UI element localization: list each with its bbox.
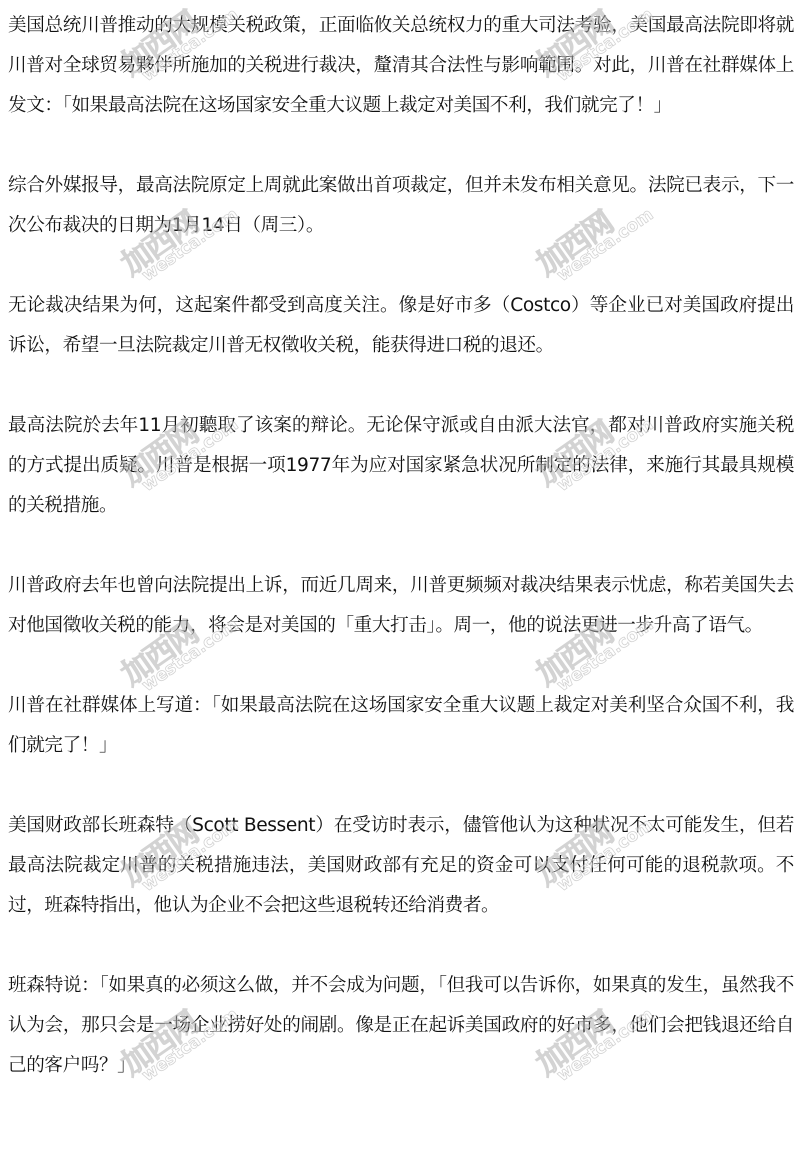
paragraph-bessent-quote: 班森特说：「如果真的必须这么做，并不会成为问题，「但我可以告诉你，如果真的发生，… <box>8 966 794 1086</box>
paragraph-costco-lawsuit: 无论裁决结果为何，这起案件都受到高度关注。像是好市多（Costco）等企业已对美… <box>8 286 794 366</box>
paragraph-ruling-date: 综合外媒报导，最高法院原定上周就此案做出首项裁定，但并未发布相关意见。法院已表示… <box>8 166 794 246</box>
paragraph-bessent-statement: 美国财政部长班森特（Scott Bessent）在受访时表示，儘管他认为这种状况… <box>8 806 794 926</box>
article-body: 美国总统川普推动的大规模关税政策，正面临攸关总统权力的重大司法考验，美国最高法院… <box>8 6 794 1126</box>
paragraph-court-arguments: 最高法院於去年11月初聽取了该案的辩论。无论保守派或自由派大法官，都对川普政府实… <box>8 406 794 526</box>
paragraph-trump-quote: 川普在社群媒体上写道：「如果最高法院在这场国家安全重大议题上裁定对美利坚合众国不… <box>8 686 794 766</box>
paragraph-trump-concerns: 川普政府去年也曾向法院提出上诉，而近几周来，川普更频频对裁决结果表示忧虑，称若美… <box>8 566 794 646</box>
paragraph-intro: 美国总统川普推动的大规模关税政策，正面临攸关总统权力的重大司法考验，美国最高法院… <box>8 6 794 126</box>
